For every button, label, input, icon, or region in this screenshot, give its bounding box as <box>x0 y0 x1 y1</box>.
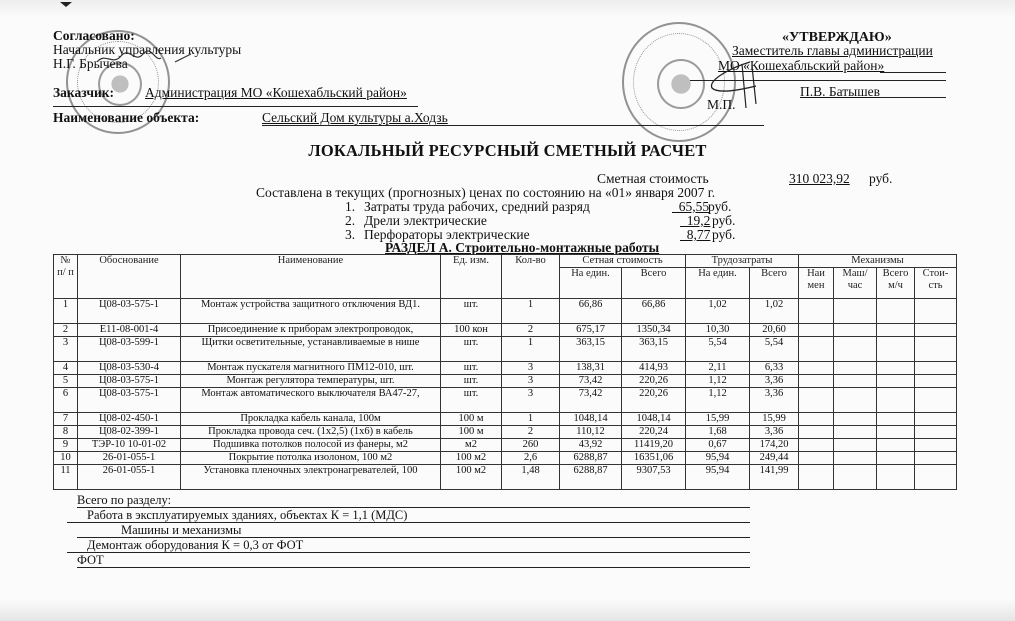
row-number: 11 <box>54 465 78 490</box>
table-row: 1126-01-055-1Установка пленочных электро… <box>54 465 957 490</box>
row-labor-unit: 2,11 <box>686 362 750 375</box>
row-qty: 1 <box>502 413 560 426</box>
row-price: 110,12 <box>560 426 622 439</box>
row-mech-hours <box>834 465 877 490</box>
row-qty: 3 <box>502 375 560 388</box>
row-basis: Ц08-03-575-1 <box>78 299 181 324</box>
row-mech-total <box>877 465 915 490</box>
scan-corner-mark <box>60 2 72 7</box>
row-mech-name <box>799 465 834 490</box>
row-mech-cost <box>915 324 957 337</box>
row-unit: 100 м2 <box>441 452 502 465</box>
col-unit: Ед. изм. <box>441 255 502 299</box>
col-labor-total: Всего <box>750 268 799 299</box>
summary-label: ФОТ <box>77 553 104 568</box>
row-mech-name <box>799 388 834 413</box>
table-row: 9ТЭР-10 10-01-02Подшивка потолков полосо… <box>54 439 957 452</box>
row-qty: 3 <box>502 388 560 413</box>
row-number: 7 <box>54 413 78 426</box>
row-name: Прокладка провода сеч. (1х2,5) (1х6) в к… <box>181 426 441 439</box>
row-mech-total <box>877 413 915 426</box>
row-labor-unit: 95,94 <box>686 465 750 490</box>
row-total: 414,93 <box>622 362 686 375</box>
row-name: Присоединение к приборам электропроводок… <box>181 324 441 337</box>
col-basis: Обоснование <box>78 255 181 299</box>
summary-label: Демонтаж оборудования К = 0,3 от ФОТ <box>87 538 303 553</box>
row-price: 675,17 <box>560 324 622 337</box>
row-number: 8 <box>54 426 78 439</box>
table-row: 1026-01-055-1Покрытие потолка изолоном, … <box>54 452 957 465</box>
row-mech-total <box>877 324 915 337</box>
confirm-name-underline <box>880 97 946 98</box>
estimate-table: № п/ п Обоснование Наименование Ед. изм.… <box>53 254 957 490</box>
row-total: 220,24 <box>622 426 686 439</box>
row-qty: 1 <box>502 337 560 362</box>
summary-label: Работа в эксплуатируемых зданиях, объект… <box>87 508 407 523</box>
row-number: 5 <box>54 375 78 388</box>
row-mech-cost <box>915 426 957 439</box>
col-mech-hours: Маш/ час <box>834 268 877 299</box>
row-labor-total: 1,02 <box>750 299 799 324</box>
row-qty: 3 <box>502 362 560 375</box>
row-basis: Ц08-03-599-1 <box>78 337 181 362</box>
summary-label: Всего по разделу: <box>77 493 171 508</box>
row-number: 9 <box>54 439 78 452</box>
summary-underline <box>77 567 750 568</box>
row-unit: шт. <box>441 299 502 324</box>
row-unit: 100 кон <box>441 324 502 337</box>
col-price-per-unit: На един. <box>560 268 622 299</box>
table-row: 1Ц08-03-575-1Монтаж устройства защитного… <box>54 299 957 324</box>
row-mech-name <box>799 375 834 388</box>
row-mech-name <box>799 439 834 452</box>
row-mech-total <box>877 337 915 362</box>
row-mech-name <box>799 299 834 324</box>
row-mech-hours <box>834 426 877 439</box>
customer-value: Администрация МО «Кошехабльский район» <box>145 85 407 101</box>
row-mech-total <box>877 426 915 439</box>
row-mech-name <box>799 362 834 375</box>
row-unit: шт. <box>441 388 502 413</box>
col-labor-per-unit: На един. <box>686 268 750 299</box>
col-group-labor: Трудозатраты <box>686 255 799 268</box>
row-unit: 100 м <box>441 413 502 426</box>
col-price-total: Всего <box>622 268 686 299</box>
row-name: Прокладка кабель канала, 100м <box>181 413 441 426</box>
row-qty: 1 <box>502 299 560 324</box>
cost-value: 310 023,92 <box>789 171 850 187</box>
col-name: Наименование <box>181 255 441 299</box>
row-labor-total: 3,36 <box>750 426 799 439</box>
row-qty: 1,48 <box>502 465 560 490</box>
row-qty: 2 <box>502 426 560 439</box>
rate-unit: руб. <box>712 227 735 243</box>
row-price: 43,92 <box>560 439 622 452</box>
row-name: Монтаж автоматического выключателя ВА47-… <box>181 388 441 413</box>
row-mech-total <box>877 439 915 452</box>
row-labor-unit: 5,54 <box>686 337 750 362</box>
table-row: 3Ц08-03-599-1Щитки осветительные, устана… <box>54 337 957 362</box>
row-number: 6 <box>54 388 78 413</box>
row-basis: ТЭР-10 10-01-02 <box>78 439 181 452</box>
row-mech-hours <box>834 324 877 337</box>
row-total: 363,15 <box>622 337 686 362</box>
row-mech-cost <box>915 337 957 362</box>
row-total: 9307,53 <box>622 465 686 490</box>
row-labor-unit: 1,02 <box>686 299 750 324</box>
row-unit: 100 м2 <box>441 465 502 490</box>
row-mech-total <box>877 375 915 388</box>
row-mech-hours <box>834 362 877 375</box>
row-name: Установка пленочных электронагревателей,… <box>181 465 441 490</box>
row-mech-hours <box>834 439 877 452</box>
row-total: 220,26 <box>622 388 686 413</box>
object-value: Сельский Дом культуры а.Ходзь <box>262 110 448 126</box>
col-mech-total: Всего м/ч <box>877 268 915 299</box>
row-mech-hours <box>834 452 877 465</box>
row-unit: м2 <box>441 439 502 452</box>
row-basis: Ц08-03-575-1 <box>78 388 181 413</box>
row-labor-total: 6,33 <box>750 362 799 375</box>
row-total: 11419,20 <box>622 439 686 452</box>
row-mech-name <box>799 324 834 337</box>
row-labor-total: 174,20 <box>750 439 799 452</box>
row-unit: 100 м <box>441 426 502 439</box>
row-labor-total: 15,99 <box>750 413 799 426</box>
row-mech-cost <box>915 413 957 426</box>
confirm-line2-underline <box>880 72 946 73</box>
row-basis: 26-01-055-1 <box>78 465 181 490</box>
row-mech-hours <box>834 388 877 413</box>
row-name: Щитки осветительные, устанавливаемые в н… <box>181 337 441 362</box>
row-name: Покрытие потолка изолоном, 100 м2 <box>181 452 441 465</box>
row-price: 73,42 <box>560 375 622 388</box>
col-group-mech: Механизмы <box>799 255 957 268</box>
row-mech-total <box>877 452 915 465</box>
row-basis: Е11-08-001-4 <box>78 324 181 337</box>
row-qty: 260 <box>502 439 560 452</box>
rate-value: 8,77 <box>680 227 710 243</box>
row-labor-total: 3,36 <box>750 388 799 413</box>
table-row: 6Ц08-03-575-1Монтаж автоматического выкл… <box>54 388 957 413</box>
row-labor-unit: 95,94 <box>686 452 750 465</box>
row-unit: шт. <box>441 362 502 375</box>
row-total: 1350,34 <box>622 324 686 337</box>
row-mech-cost <box>915 388 957 413</box>
col-mech-name: Наи мен <box>799 268 834 299</box>
row-mech-name <box>799 452 834 465</box>
row-total: 66,86 <box>622 299 686 324</box>
row-name: Монтаж устройства защитного отключения В… <box>181 299 441 324</box>
row-mech-cost <box>915 465 957 490</box>
row-price: 363,15 <box>560 337 622 362</box>
row-labor-unit: 0,67 <box>686 439 750 452</box>
row-mech-cost <box>915 439 957 452</box>
row-basis: 26-01-055-1 <box>78 452 181 465</box>
confirm-name: П.В. Батышев <box>800 84 880 100</box>
row-mech-hours <box>834 413 877 426</box>
row-number: 1 <box>54 299 78 324</box>
row-labor-unit: 1,12 <box>686 375 750 388</box>
row-unit: шт. <box>441 337 502 362</box>
row-price: 1048,14 <box>560 413 622 426</box>
table-row: 7Ц08-02-450-1Прокладка кабель канала, 10… <box>54 413 957 426</box>
row-number: 2 <box>54 324 78 337</box>
row-mech-name <box>799 426 834 439</box>
row-price: 73,42 <box>560 388 622 413</box>
row-qty: 2 <box>502 324 560 337</box>
row-mech-total <box>877 388 915 413</box>
row-total: 220,26 <box>622 375 686 388</box>
row-mech-cost <box>915 375 957 388</box>
row-mech-hours <box>834 299 877 324</box>
row-number: 4 <box>54 362 78 375</box>
document-title: ЛОКАЛЬНЫЙ РЕСУРСНЫЙ СМЕТНЫЙ РАСЧЕТ <box>0 141 1015 161</box>
row-total: 16351,06 <box>622 452 686 465</box>
row-basis: Ц08-03-530-4 <box>78 362 181 375</box>
row-basis: Ц08-03-575-1 <box>78 375 181 388</box>
row-price: 6288,87 <box>560 465 622 490</box>
cost-unit: руб. <box>869 171 892 187</box>
row-mech-name <box>799 413 834 426</box>
row-number: 3 <box>54 337 78 362</box>
col-qty: Кол-во <box>502 255 560 299</box>
col-num: № п/ п <box>54 255 78 299</box>
row-labor-unit: 1,12 <box>686 388 750 413</box>
row-name: Подшивка потолков полосой из фанеры, м2 <box>181 439 441 452</box>
row-basis: Ц08-02-399-1 <box>78 426 181 439</box>
object-label: Наименование объекта: <box>53 110 199 126</box>
row-name: Монтаж пускателя магнитного ПМ12-010, шт… <box>181 362 441 375</box>
row-basis: Ц08-02-450-1 <box>78 413 181 426</box>
table-row: 8Ц08-02-399-1Прокладка провода сеч. (1х2… <box>54 426 957 439</box>
customer-label: Заказчик: <box>53 85 114 101</box>
table-row: 4Ц08-03-530-4Монтаж пускателя магнитного… <box>54 362 957 375</box>
row-labor-unit: 1,68 <box>686 426 750 439</box>
row-price: 6288,87 <box>560 452 622 465</box>
row-number: 10 <box>54 452 78 465</box>
confirm-signature <box>700 60 770 112</box>
table-row: 5Ц08-03-575-1Монтаж регулятора температу… <box>54 375 957 388</box>
row-labor-total: 249,44 <box>750 452 799 465</box>
row-labor-total: 141,99 <box>750 465 799 490</box>
row-mech-total <box>877 362 915 375</box>
row-price: 66,86 <box>560 299 622 324</box>
row-price: 138,31 <box>560 362 622 375</box>
approved-signature <box>95 48 205 70</box>
row-qty: 2,6 <box>502 452 560 465</box>
row-mech-hours <box>834 337 877 362</box>
table-row: 2Е11-08-001-4Присоединение к приборам эл… <box>54 324 957 337</box>
row-unit: шт. <box>441 375 502 388</box>
col-mech-cost: Стои- сть <box>915 268 957 299</box>
object-underline <box>262 125 764 126</box>
confirm-position-line1: Заместитель главы администрации <box>732 43 933 59</box>
row-mech-cost <box>915 452 957 465</box>
rate-number: 3. <box>345 227 355 243</box>
row-name: Монтаж регулятора температуры, шт. <box>181 375 441 388</box>
row-mech-cost <box>915 299 957 324</box>
row-labor-total: 5,54 <box>750 337 799 362</box>
row-labor-total: 3,36 <box>750 375 799 388</box>
row-labor-unit: 10,30 <box>686 324 750 337</box>
row-labor-unit: 15,99 <box>686 413 750 426</box>
row-total: 1048,14 <box>622 413 686 426</box>
row-labor-total: 20,60 <box>750 324 799 337</box>
summary-label: Машины и механизмы <box>121 523 241 538</box>
row-mech-total <box>877 299 915 324</box>
row-mech-hours <box>834 375 877 388</box>
row-mech-name <box>799 337 834 362</box>
summary-underline <box>67 552 750 553</box>
row-mech-cost <box>915 362 957 375</box>
customer-underline <box>53 106 418 107</box>
col-group-cost: Сетная стоимость <box>560 255 686 268</box>
